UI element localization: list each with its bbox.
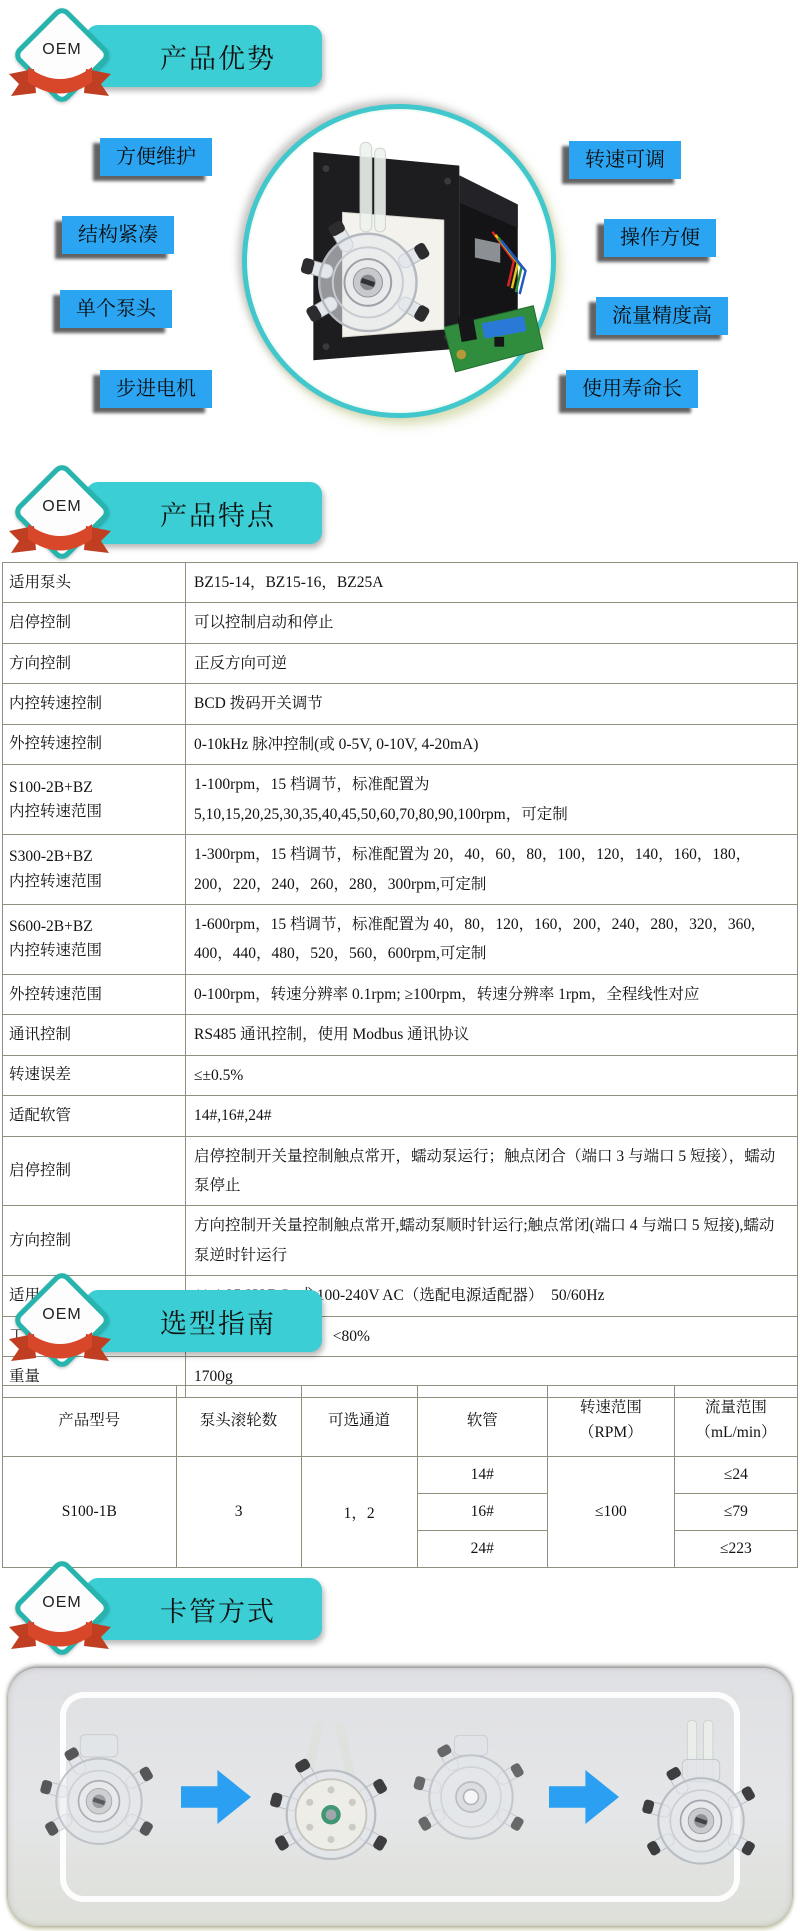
advantage-chip: 单个泵头 — [60, 290, 172, 328]
pump-head-step1-image — [35, 1722, 163, 1872]
feature-value: ≤±0.5% — [186, 1055, 798, 1095]
feature-value: 正反方向可逆 — [186, 643, 798, 683]
col-header-rollers: 泵头滚轮数 — [176, 1386, 301, 1457]
clamping-steps-panel — [8, 1668, 792, 1926]
col-header-channels: 可选通道 — [301, 1386, 417, 1457]
feature-value: RS485 通讯控制，使用 Modbus 通讯协议 — [186, 1015, 798, 1055]
feature-label: S600-2B+BZ 内控转速范围 — [3, 904, 186, 974]
table-row: 方向控制方向控制开关量控制触点常开,蠕动泵顺时针运行;触点常闭(端口 4 与端口… — [3, 1206, 798, 1276]
channels-cell: 1，2 — [301, 1457, 417, 1568]
feature-label: 启停控制 — [3, 1136, 186, 1206]
feature-label: 通讯控制 — [3, 1015, 186, 1055]
flow-cell: ≤79 — [674, 1494, 797, 1531]
feature-value: 启停控制开关量控制触点常开，蠕动泵运行；触点闭合（端口 3 与端口 5 短接），… — [186, 1136, 798, 1206]
flow-cell: ≤223 — [674, 1531, 797, 1568]
advantage-chip: 操作方便 — [604, 219, 716, 257]
section-header-clamping: 卡管方式 OEM — [0, 1556, 340, 1661]
section-header-selection: 选型指南 OEM — [0, 1268, 340, 1373]
table-row: 外控转速控制0-10kHz 脉冲控制(或 0-5V, 0-10V, 4-20mA… — [3, 724, 798, 764]
ribbon-icon — [6, 65, 114, 101]
clamping-steps-frame — [60, 1692, 740, 1902]
tube-cell: 16# — [417, 1494, 547, 1531]
table-row: 启停控制可以控制启动和停止 — [3, 603, 798, 643]
table-row: 方向控制正反方向可逆 — [3, 643, 798, 683]
section-title: 产品优势 — [132, 37, 276, 76]
oem-badge-label: OEM — [25, 1594, 99, 1612]
feature-label: 外控转速范围 — [3, 974, 186, 1014]
table-row: 适用泵头BZ15-14，BZ15-16，BZ25A — [3, 563, 798, 603]
advantage-chip: 使用寿命长 — [566, 370, 698, 408]
pump-head-step4-image — [637, 1708, 765, 1886]
table-row: 启停控制启停控制开关量控制触点常开，蠕动泵运行；触点闭合（端口 3 与端口 5 … — [3, 1136, 798, 1206]
rollers-cell: 3 — [176, 1457, 301, 1568]
feature-value: 1-100rpm，15 档调节，标准配置为 5,10,15,20,25,30,3… — [186, 765, 798, 835]
advantage-chip: 步进电机 — [100, 370, 212, 408]
flow-cell: ≤24 — [674, 1457, 797, 1494]
advantages-graphic: 方便维护 结构紧凑 单个泵头 步进电机 转速可调 操作方便 流量精度高 使用寿命… — [0, 100, 800, 460]
table-row: S300-2B+BZ 内控转速范围1-300rpm，15 档调节，标准配置为 2… — [3, 835, 798, 905]
selection-table: 产品型号 泵头滚轮数 可选通道 软管 转速范围 （RPM） 流量范围 （mL/m… — [2, 1385, 798, 1568]
feature-label: 方向控制 — [3, 1206, 186, 1276]
right-arrow-icon — [181, 1770, 251, 1824]
feature-label: S100-2B+BZ 内控转速范围 — [3, 765, 186, 835]
advantage-chip: 方便维护 — [100, 138, 212, 176]
feature-label: 适用泵头 — [3, 563, 186, 603]
section-title-bar: 产品优势 — [86, 25, 322, 87]
table-row: 内控转速控制BCD 拨码开关调节 — [3, 684, 798, 724]
model-cell: S100-1B — [3, 1457, 177, 1568]
feature-value: 14#,16#,24# — [186, 1096, 798, 1136]
feature-label: 启停控制 — [3, 603, 186, 643]
section-title: 选型指南 — [132, 1302, 276, 1341]
ribbon-icon — [6, 1330, 114, 1366]
feature-label: 方向控制 — [3, 643, 186, 683]
product-page: 产品优势 OEM — [0, 0, 800, 1931]
feature-value: 可以控制启动和停止 — [186, 603, 798, 643]
table-row: 转速误差≤±0.5% — [3, 1055, 798, 1095]
advantage-chip: 流量精度高 — [596, 297, 728, 335]
feature-value: 方向控制开关量控制触点常开,蠕动泵顺时针运行;触点常闭(端口 4 与端口 5 短… — [186, 1206, 798, 1276]
section-title-bar: 选型指南 — [86, 1290, 322, 1352]
advantage-chip: 结构紧凑 — [62, 216, 174, 254]
feature-value: 0-10kHz 脉冲控制(或 0-5V, 0-10V, 4-20mA) — [186, 724, 798, 764]
feature-label: 外控转速控制 — [3, 724, 186, 764]
table-row: 外控转速范围0-100rpm，转速分辨率 0.1rpm; ≥100rpm，转速分… — [3, 974, 798, 1014]
pump-head-step3-image — [411, 1722, 531, 1872]
oem-badge-label: OEM — [25, 1306, 99, 1324]
col-header-speed: 转速范围 （RPM） — [547, 1386, 674, 1457]
feature-value: 1-300rpm，15 档调节，标准配置为 20，40，60，80，100，12… — [186, 835, 798, 905]
feature-label: 内控转速控制 — [3, 684, 186, 724]
table-row: 适配软管14#,16#,24# — [3, 1096, 798, 1136]
oem-badge-label: OEM — [25, 498, 99, 516]
section-title: 产品特点 — [132, 494, 276, 533]
ribbon-icon — [6, 522, 114, 558]
feature-label: 适配软管 — [3, 1096, 186, 1136]
tube-cell: 24# — [417, 1531, 547, 1568]
feature-value: 1-600rpm，15 档调节，标准配置为 40，80，120，160，200，… — [186, 904, 798, 974]
tube-cell: 14# — [417, 1457, 547, 1494]
table-row: 通讯控制RS485 通讯控制，使用 Modbus 通讯协议 — [3, 1015, 798, 1055]
col-header-tube: 软管 — [417, 1386, 547, 1457]
section-header-features: 产品特点 OEM — [0, 460, 340, 565]
right-arrow-icon — [549, 1770, 619, 1824]
peristaltic-pump-image — [253, 115, 545, 407]
ribbon-icon — [6, 1618, 114, 1654]
section-title: 卡管方式 — [132, 1590, 276, 1629]
pump-photo-circle — [242, 104, 556, 418]
oem-badge-label: OEM — [25, 41, 99, 59]
col-header-flow: 流量范围 （mL/min） — [674, 1386, 797, 1457]
section-title-bar: 卡管方式 — [86, 1578, 322, 1640]
feature-value: 0-100rpm，转速分辨率 0.1rpm; ≥100rpm，转速分辨率 1rp… — [186, 974, 798, 1014]
section-header-advantages: 产品优势 OEM — [0, 3, 340, 108]
table-row: S100-2B+BZ 内控转速范围1-100rpm，15 档调节，标准配置为 5… — [3, 765, 798, 835]
col-header-model: 产品型号 — [3, 1386, 177, 1457]
feature-value: BCD 拨码开关调节 — [186, 684, 798, 724]
table-header-row: 产品型号 泵头滚轮数 可选通道 软管 转速范围 （RPM） 流量范围 （mL/m… — [3, 1386, 798, 1457]
section-title-bar: 产品特点 — [86, 482, 322, 544]
feature-label: 转速误差 — [3, 1055, 186, 1095]
feature-label: S300-2B+BZ 内控转速范围 — [3, 835, 186, 905]
speed-cell: ≤100 — [547, 1457, 674, 1568]
table-row: S600-2B+BZ 内控转速范围1-600rpm，15 档调节，标准配置为 4… — [3, 904, 798, 974]
pump-head-step2-image — [269, 1712, 393, 1882]
advantage-chip: 转速可调 — [569, 141, 681, 179]
feature-value: BZ15-14，BZ15-16，BZ25A — [186, 563, 798, 603]
table-row: S100-1B 3 1，2 14# ≤100 ≤24 — [3, 1457, 798, 1494]
